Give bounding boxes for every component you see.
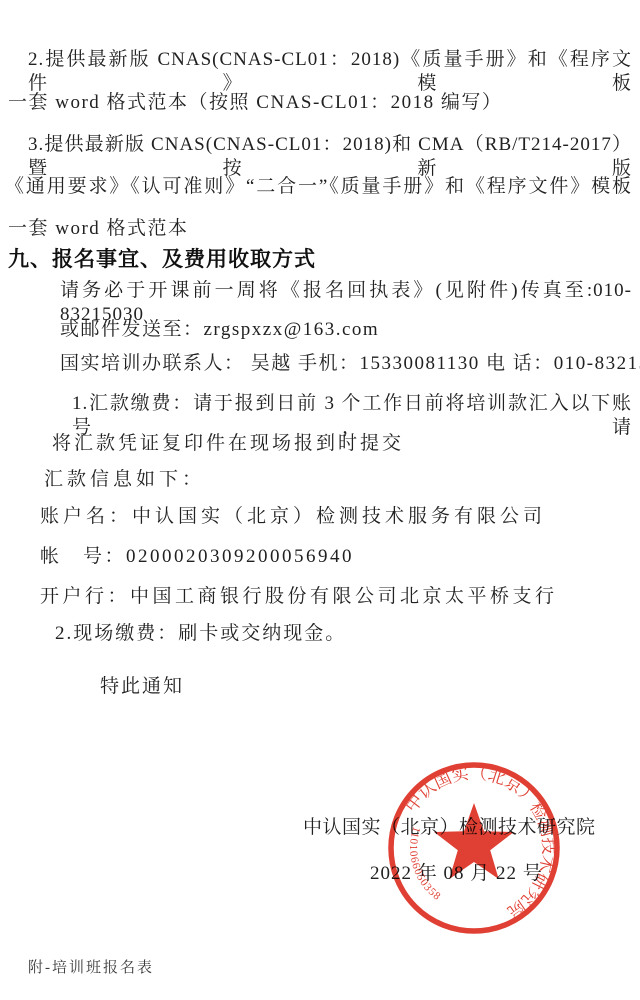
document-page: 2.提供最新版 CNAS(CNAS-CL01：2018)《质量手册》和《程序文件… [0,0,640,1000]
item2-line1: 2.提供最新版 CNAS(CNAS-CL01：2018)《质量手册》和《程序文件… [28,48,632,96]
official-seal-stamp: 中认国实（北京）检测技术研究院 1101066050358 [380,755,570,945]
payment2-line: 2.现场缴费：刷卡或交纳现金。 [55,622,346,646]
item3-line3: 一套 word 格式范本 [8,217,189,241]
item3-line2: 《通用要求》《认可准则》“二合一”《质量手册》和《程序文件》模板 [5,175,632,199]
seal-code: 1101066050358 [407,825,443,903]
remit-info-label: 汇款信息如下： [44,468,205,492]
bank-name-line: 开户行：中国工商银行股份有限公司北京太平桥支行 [40,585,558,609]
section-heading: 九、报名事宜、及费用收取方式 [8,243,316,273]
seal-star-icon [434,803,514,879]
item3-line1: 3.提供最新版 CNAS(CNAS-CL01：2018)和 CMA（RB/T21… [28,133,632,181]
email-line: 或邮件发送至：zrgspxzx@163.com [60,318,379,342]
account-number-line: 帐 号：0200020309200056940 [40,545,354,569]
item2-line2: 一套 word 格式范本（按照 CNAS-CL01：2018 编写） [8,91,502,115]
contact-line: 国实培训办联系人： 吴越 手机：15330081130 电 话：010-8321… [60,352,640,376]
payment1-line2: 将汇款凭证复印件在现场报到时提交 [52,432,404,456]
attachment-note: 附-培训班报名表 [28,956,154,980]
account-name-line: 账户名：中认国实（北京）检测技术服务有限公司 [40,505,546,529]
notice-close: 特此通知 [100,675,184,699]
